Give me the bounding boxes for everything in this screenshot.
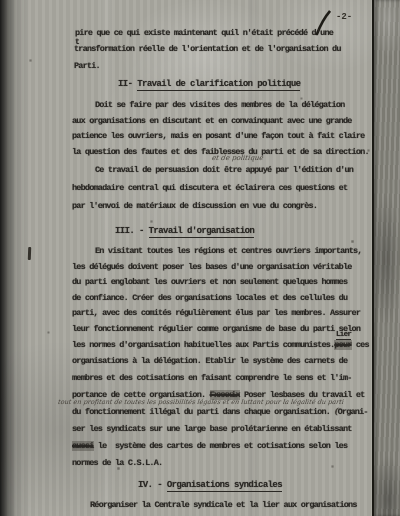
typed-line: Doit se faire par des visites des membre… bbox=[95, 100, 344, 110]
typed-line: patience les ouvriers, mais en posant d'… bbox=[72, 131, 364, 141]
section-iii-heading: III. - Travail d'organisation bbox=[115, 226, 254, 236]
handwritten-annotation: et de politique bbox=[211, 154, 264, 162]
typed-line: En visitant toutes les régions et centre… bbox=[95, 246, 362, 256]
typed-line: par l'envoi de matériaux de discussion e… bbox=[72, 201, 317, 211]
typed-line: parti, avec des comités régulièrement él… bbox=[72, 308, 360, 318]
typed-line-with-paren: du fonctionnement illégal du parti dans … bbox=[72, 407, 368, 417]
section-iii-number: III. - bbox=[115, 226, 149, 236]
typed-line: membres et des cotisations en faisant co… bbox=[72, 373, 352, 383]
typed-line-with-correction: aussi le système des cartes de membres e… bbox=[72, 441, 347, 451]
line-text: ces bbox=[352, 340, 369, 350]
typed-line: de confiance. Créer des organisations lo… bbox=[72, 293, 347, 303]
typed-line: Réorganiser la Centrale syndicale et la … bbox=[90, 500, 357, 510]
section-ii-heading: II- Travail de clarification politique bbox=[118, 79, 300, 89]
line-text: le système des cartes de membres et coti… bbox=[94, 441, 348, 451]
paper-speckles bbox=[0, 0, 1, 1]
margin-pen-tick bbox=[28, 247, 31, 260]
typed-line: Parti. bbox=[74, 61, 100, 71]
line-text: les normes d'organisation habituelles au… bbox=[72, 340, 334, 350]
typed-line: leur fonctionnement régulier comme organ… bbox=[72, 324, 360, 334]
typed-line-with-correction: les normes d'organisation habituelles au… bbox=[72, 340, 369, 350]
struck-word: pour bbox=[334, 340, 351, 350]
line-text: Organi- bbox=[338, 407, 368, 417]
typed-line: hebdomadaire central qui discutera et éc… bbox=[72, 183, 347, 193]
section-iv-heading: IV. - Organisations syndicales bbox=[138, 480, 282, 490]
typed-line: Ce travail de persuasion doit être appuy… bbox=[95, 165, 353, 175]
typed-insertion-lier: Lier bbox=[336, 331, 351, 340]
handwritten-annotation: tout en profitant de toutes les possibil… bbox=[57, 398, 344, 406]
typed-line: les délégués doivent poser les bases d'u… bbox=[72, 262, 352, 272]
typed-line: normes de la C.S.L.A. bbox=[72, 458, 162, 468]
scanned-document-page: -2- pire que ce qui existe maintenant qu… bbox=[0, 0, 400, 516]
line-text: du fonctionnement illégal du parti dans … bbox=[72, 407, 334, 417]
section-ii-title: Travail de clarification politique bbox=[137, 79, 300, 91]
section-iii-title: Travail d'organisation bbox=[149, 226, 255, 238]
section-ii-number: II- bbox=[118, 79, 137, 89]
section-iv-number: IV. - bbox=[138, 480, 167, 490]
section-iv-title: Organisations syndicales bbox=[167, 480, 282, 492]
typed-line: ser les syndicats sur une large base pro… bbox=[72, 424, 352, 434]
typed-line: du parti englobant les ouvriers et non s… bbox=[72, 277, 347, 287]
typed-line: pire que ce qui existe maintenant quil n… bbox=[75, 28, 333, 38]
typed-line: aux organisations en discutant et en con… bbox=[72, 116, 352, 126]
page-binding-edge bbox=[372, 0, 400, 516]
typed-line: transformation réelle de l'orientation e… bbox=[74, 44, 341, 54]
typed-line: organisations à la délégation. Etablir l… bbox=[72, 356, 347, 366]
struck-word: aussi bbox=[72, 441, 94, 451]
page-number: -2- bbox=[336, 12, 352, 22]
